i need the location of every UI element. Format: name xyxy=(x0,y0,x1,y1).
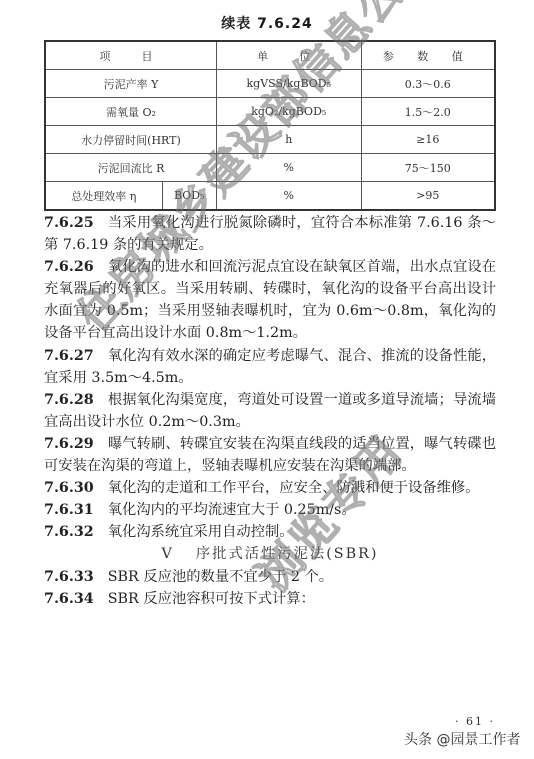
clause-text: 氧化沟的进水和回流污泥点宜设在缺氧区首端，出水点宜设在充氧器后的好氧区。当采用转… xyxy=(44,259,496,341)
cell-unit: h xyxy=(216,126,361,154)
table-caption: 续表 7.6.24 xyxy=(0,13,534,33)
clause-7-6-33: 7.6.33SBR 反应池的数量不宜少于 2 个。 xyxy=(44,566,496,588)
section-heading: V序批式活性污泥法(SBR) xyxy=(44,543,496,565)
page-number: · 61 · xyxy=(455,715,495,728)
clause-7-6-30: 7.6.30氧化沟的走道和工作平台，应安全、防溅和便于设备维修。 xyxy=(44,477,496,499)
clause-text: SBR 反应池容积可按下式计算： xyxy=(108,591,315,607)
cell-unit: kgVSS/kgBOD₅ xyxy=(216,70,361,98)
clause-text: 氧化沟系统宜采用自动控制。 xyxy=(108,524,294,540)
clause-7-6-32: 7.6.32氧化沟系统宜采用自动控制。 xyxy=(44,521,496,543)
clause-number: 7.6.28 xyxy=(44,392,94,408)
clause-7-6-26: 7.6.26氧化沟的进水和回流污泥点宜设在缺氧区首端，出水点宜设在充氧器后的好氧… xyxy=(44,256,496,344)
clause-7-6-27: 7.6.27氧化沟有效水深的确定应考虑曝气、混合、推流的设备性能，宜采用 3.5… xyxy=(44,345,496,389)
table-header-row: 项 目 单 位 参 数 值 xyxy=(45,41,495,70)
parameter-table: 项 目 单 位 参 数 值 污泥产率 Y kgVSS/kgBOD₅ 0.3～0.… xyxy=(44,40,496,211)
clause-text: 当采用氧化沟进行脱氮除磷时，宜符合本标准第 7.6.16 条～第 7.6.19 … xyxy=(44,215,496,253)
cell-value: ≥16 xyxy=(361,126,495,154)
clause-7-6-29: 7.6.29曝气转刷、转碟宜安装在沟渠直线段的适当位置，曝气转碟也可安装在沟渠的… xyxy=(44,433,496,477)
clause-text: 曝气转刷、转碟宜安装在沟渠直线段的适当位置，曝气转碟也可安装在沟渠的弯道上，竖轴… xyxy=(44,436,496,474)
body-text: 7.6.25当采用氧化沟进行脱氮除磷时，宜符合本标准第 7.6.16 条～第 7… xyxy=(44,212,496,610)
cell-unit: % xyxy=(216,182,361,211)
cell-unit: kgO₂/kgBOD₅ xyxy=(216,98,361,126)
cell-subitem: BOD₅ xyxy=(162,182,216,211)
clause-text: 根据氧化沟渠宽度，弯道处可设置一道或多道导流墙；导流墙宜高出设计水位 0.2m～… xyxy=(44,392,496,430)
clause-7-6-34: 7.6.34SBR 反应池容积可按下式计算： xyxy=(44,588,496,610)
header-item: 项 目 xyxy=(45,41,216,70)
table-row: 总处理效率 η BOD₅ % >95 xyxy=(45,182,495,211)
clause-text: 氧化沟有效水深的确定应考虑曝气、混合、推流的设备性能，宜采用 3.5m～4.5m… xyxy=(44,348,496,386)
cell-value: >95 xyxy=(361,182,495,211)
cell-value: 1.5～2.0 xyxy=(361,98,495,126)
clause-number: 7.6.25 xyxy=(44,215,94,231)
table-row: 污泥产率 Y kgVSS/kgBOD₅ 0.3～0.6 xyxy=(45,70,495,98)
table-row: 需氧量 O₂ kgO₂/kgBOD₅ 1.5～2.0 xyxy=(45,98,495,126)
cell-value: 75～150 xyxy=(361,154,495,182)
clause-7-6-31: 7.6.31氧化沟内的平均流速宜大于 0.25m/s。 xyxy=(44,499,496,521)
clause-number: 7.6.31 xyxy=(44,502,94,518)
clause-number: 7.6.32 xyxy=(44,524,94,540)
clause-number: 7.6.29 xyxy=(44,436,94,452)
clause-text: SBR 反应池的数量不宜少于 2 个。 xyxy=(108,569,333,585)
cell-unit: % xyxy=(216,154,361,182)
clause-text: 氧化沟的走道和工作平台，应安全、防溅和便于设备维修。 xyxy=(108,480,480,496)
cell-item: 总处理效率 η xyxy=(45,182,162,211)
header-value: 参 数 值 xyxy=(361,41,495,70)
section-numeral: V xyxy=(162,546,174,562)
cell-item: 污泥产率 Y xyxy=(45,70,216,98)
source-watermark-tag: 头条 @园景工作者 xyxy=(404,729,520,749)
table-row: 污泥回流比 R % 75～150 xyxy=(45,154,495,182)
cell-item: 水力停留时间(HRT) xyxy=(45,126,216,154)
clause-number: 7.6.34 xyxy=(44,591,94,607)
section-title-text: 序批式活性污泥法(SBR) xyxy=(196,546,379,562)
clause-7-6-25: 7.6.25当采用氧化沟进行脱氮除磷时，宜符合本标准第 7.6.16 条～第 7… xyxy=(44,212,496,256)
clause-number: 7.6.27 xyxy=(44,348,94,364)
clause-number: 7.6.26 xyxy=(44,259,94,275)
document-page: 续表 7.6.24 项 目 单 位 参 数 值 污泥产率 Y kgVSS/kgB… xyxy=(0,0,534,759)
header-unit: 单 位 xyxy=(216,41,361,70)
clause-text: 氧化沟内的平均流速宜大于 0.25m/s。 xyxy=(108,502,356,518)
cell-item: 需氧量 O₂ xyxy=(45,98,216,126)
clause-number: 7.6.33 xyxy=(44,569,94,585)
clause-number: 7.6.30 xyxy=(44,480,94,496)
cell-item: 污泥回流比 R xyxy=(45,154,216,182)
clause-7-6-28: 7.6.28根据氧化沟渠宽度，弯道处可设置一道或多道导流墙；导流墙宜高出设计水位… xyxy=(44,389,496,433)
table-row: 水力停留时间(HRT) h ≥16 xyxy=(45,126,495,154)
cell-value: 0.3～0.6 xyxy=(361,70,495,98)
